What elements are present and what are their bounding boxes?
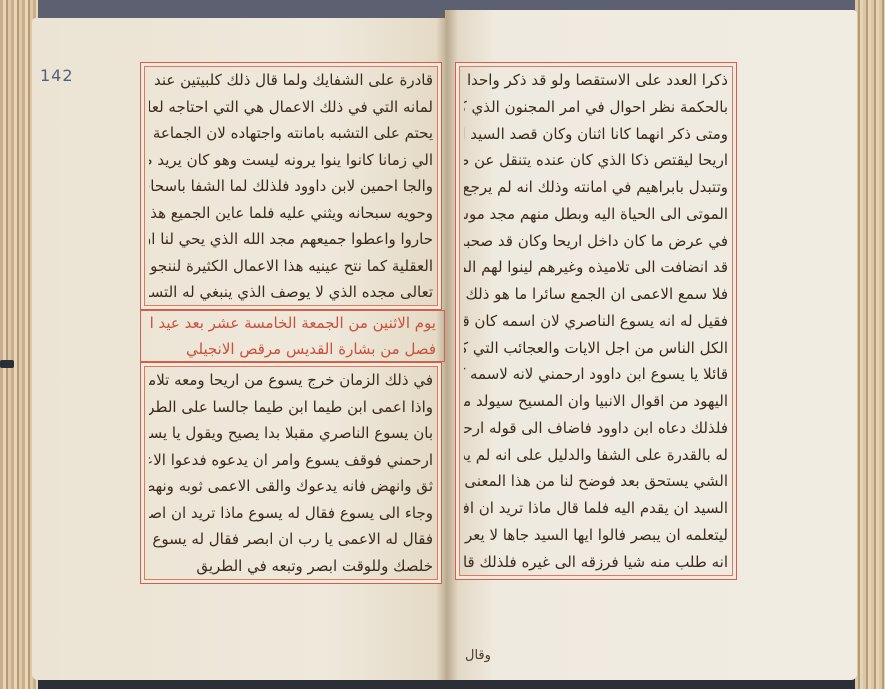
text-line: فقال له الاعمى يا رب ان ابصر فقال له يسو… (149, 530, 433, 548)
text-line: الكل الناس من اجل الايات والعجائب التي ك… (464, 339, 728, 357)
rubric-line: فصل من بشارة القديس مرقص الانجيلي (149, 340, 436, 358)
text-line: العقلية كما نتح عينيه هذا الاعمال الكثير… (149, 257, 433, 275)
rubric-lines: يوم الاثنين من الجمعة الخامسة عشر بعد عي… (149, 314, 436, 358)
text-line: الشي يستحق بعد فوضح لنا من هذا المعنى لا… (464, 472, 728, 490)
left-text-frame-top: قادرة على الشفايك ولما قال ذلك كلبيتين ع… (140, 62, 442, 310)
text-line: وحويه سبحانه ويثني عليه فلما عاين الجميع… (149, 204, 433, 222)
text-line: والجا احمين لابن داوود فلذلك لما الشفا ب… (149, 177, 433, 195)
rubric-frame: يوم الاثنين من الجمعة الخامسة عشر بعد عي… (140, 310, 445, 362)
text-line: الموتى الى الحياة اليه وبطل منهم مجد موس… (464, 205, 728, 223)
text-line: قد انضافت الى تلاميذه وغيرهم لينوا لهم ا… (464, 258, 728, 276)
text-line: وتتبدل بابراهيم في امانته وذلك انه لم ير… (464, 178, 728, 196)
text-line: اليهود من اقوال الانبيا وان المسيح سيولد… (464, 392, 728, 410)
text-line: له بالقدرة على الشفا والدليل على انه لم … (464, 446, 728, 464)
right-lines: ذكرا العدد على الاستقصا ولو قد ذكر واحدا… (464, 71, 728, 571)
text-line: ثق وانهض فانه يدعوك والقى الاعمى ثوبه ون… (149, 477, 433, 495)
text-line: بالحكمة نظر احوال في امر المجنون الذي كا… (464, 98, 728, 116)
left-lines-bottom: في ذلك الزمان خرج يسوع من اريحا ومعه تلا… (149, 371, 433, 575)
text-line: لمانه التي في ذلك الاعمال هي التي احتاجه… (149, 98, 433, 116)
page-edges-right (855, 0, 885, 689)
text-line: وجاء الى يسوع فقال له يسوع ماذا تريد ان … (149, 504, 433, 522)
text-line: فقيل له انه يسوع الناصري لان اسمه كان قد… (464, 312, 728, 330)
left-text-frame-bottom: في ذلك الزمان خرج يسوع من اريحا ومعه تلا… (140, 362, 442, 584)
text-line: فلذلك دعاه ابن داوود فاضاف الى قوله ارحم… (464, 419, 728, 437)
right-text-frame: ذكرا العدد على الاستقصا ولو قد ذكر واحدا… (455, 62, 737, 580)
text-line: السيد ان يقدم اليه فلما قال ماذا تريد ان… (464, 499, 728, 517)
text-line: خلصك وللوقت ابصر وتبعه في الطريق (149, 557, 433, 575)
clip-marker (0, 360, 14, 368)
text-line: ليتعلمه ان يبصر فالوا ايها السيد جاها لا… (464, 526, 728, 544)
manuscript-photo: 142 قادرة على الشفايك ولما قال ذلك كلبيت… (0, 0, 885, 689)
text-line: ومتى ذكر انهما كانا اثنان وكان قصد السيد… (464, 125, 728, 143)
text-line: في عرض ما كان داخل اريحا وكان قد صحبه جم… (464, 232, 728, 250)
text-line: فلا سمع الاعمى ان الجمع سائرا ما هو ذلك … (464, 285, 728, 303)
catchword: وقال (465, 648, 491, 663)
text-line: في ذلك الزمان خرج يسوع من اريحا ومعه تلا… (149, 371, 433, 389)
text-line: الي زمانا كانوا ينوا يرونه ليست وهو كان … (149, 151, 433, 169)
left-lines-top: قادرة على الشفايك ولما قال ذلك كلبيتين ع… (149, 71, 433, 301)
text-line: ذكرا العدد على الاستقصا ولو قد ذكر واحدا… (464, 71, 728, 89)
text-line: يحتم على التشبه بامانته واجتهاده لان الج… (149, 124, 433, 142)
text-line: ارحمني فوقف يسوع وامر ان يدعوه فدعوا الا… (149, 451, 433, 469)
text-line: قائلا يا يسوع ابن داوود ارحمني لانه لاسم… (464, 365, 728, 383)
rubric-line: يوم الاثنين من الجمعة الخامسة عشر بعد عي… (149, 314, 436, 332)
text-line: اريحا ليقتص ذكا الذي كان عنده يتنقل عن ط… (464, 151, 728, 169)
text-line: تعالى مجده الذي لا يوصف الذي ينبغي له ال… (149, 283, 433, 301)
text-line: حاروا واعطوا جميعهم مجد الله الذي يحي لن… (149, 230, 433, 248)
text-line: قادرة على الشفايك ولما قال ذلك كلبيتين ع… (149, 71, 433, 89)
text-line: بان يسوع الناصري مقبلا بدا يصيح ويقول يا… (149, 424, 433, 442)
folio-number: 142 (40, 66, 74, 85)
text-line: واذا اعمى ابن طيما ابن طيما جالسا على ال… (149, 398, 433, 416)
text-line: انه طلب منه شيا فرزقه الى غيره فلذلك قال… (464, 553, 728, 571)
